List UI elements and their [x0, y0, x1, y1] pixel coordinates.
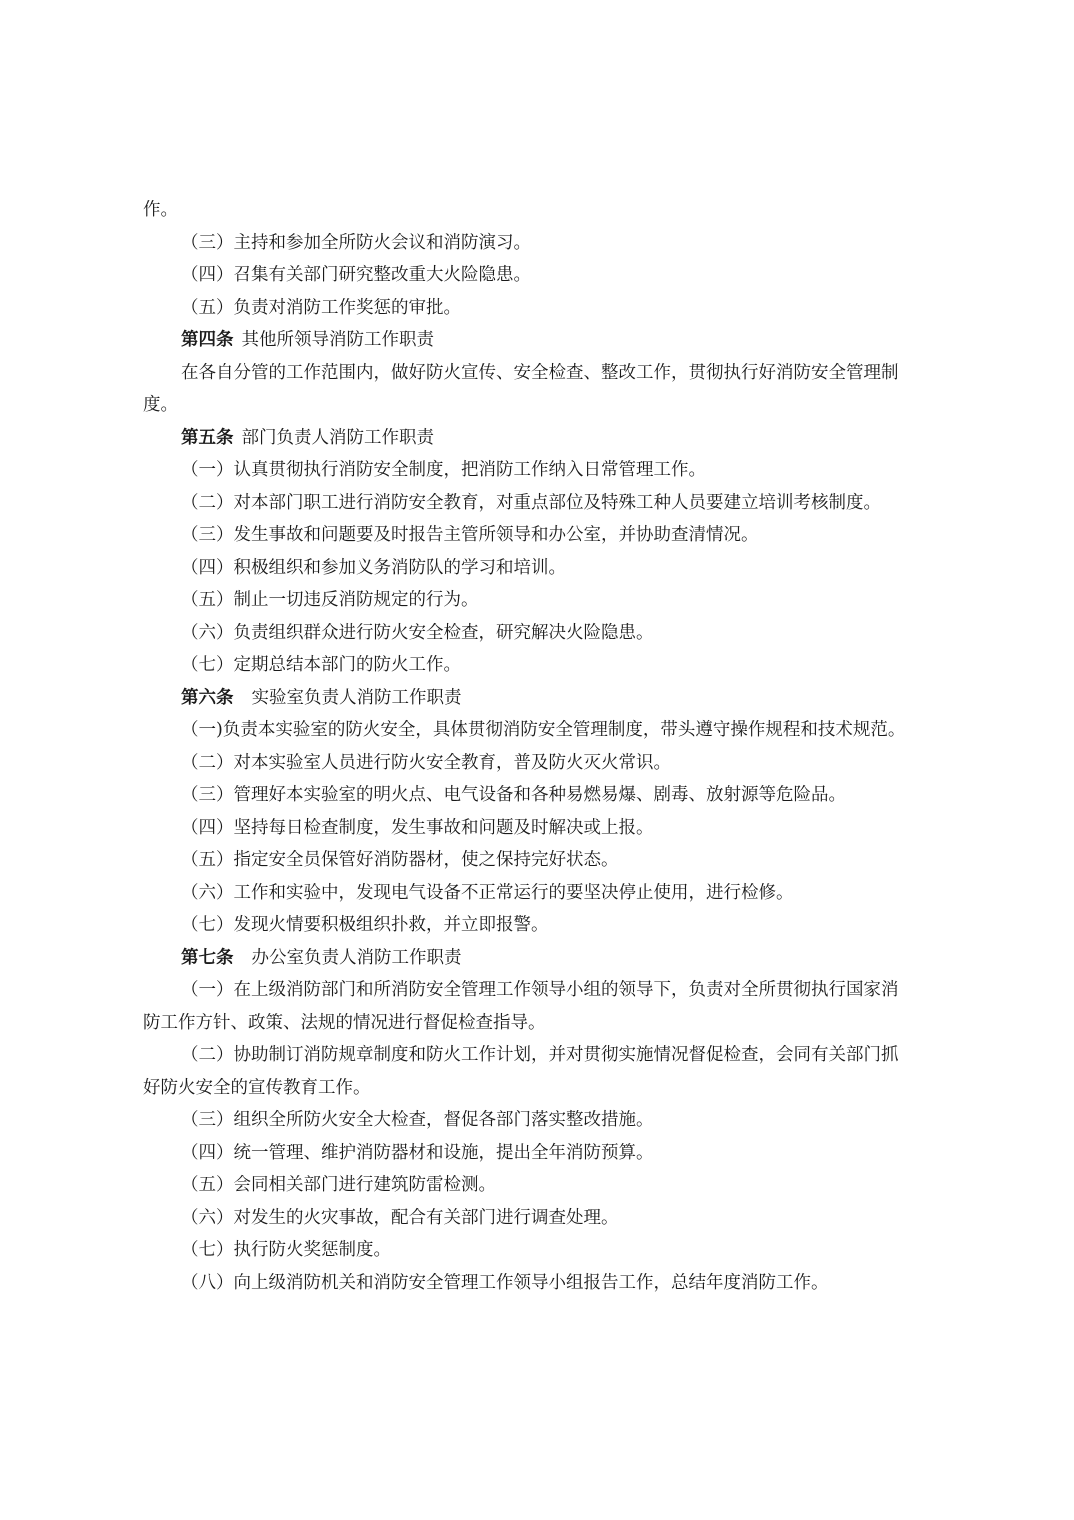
- article-title: 部门负责人消防工作职责: [242, 428, 435, 448]
- list-item: （七）定期总结本部门的防火工作。: [143, 649, 943, 682]
- list-item: （一）在上级消防部门和所消防安全管理工作领导小组的领导下，负责对全所贯彻执行国家…: [143, 974, 943, 1007]
- list-item-continuation: 防工作方针、政策、法规的情况进行督促检查指导。: [143, 1007, 943, 1040]
- list-item-continuation: 好防火安全的宣传教育工作。: [143, 1072, 943, 1105]
- list-item: （二）对本实验室人员进行防火安全教育，普及防火灭火常识。: [143, 747, 943, 780]
- article-number: 第五条: [181, 428, 234, 448]
- list-item: （四）坚持每日检查制度，发生事故和问题及时解决或上报。: [143, 812, 943, 845]
- list-item: （六）工作和实验中，发现电气设备不正常运行的要坚决停止使用，进行检修。: [143, 877, 943, 910]
- list-item: （三）组织全所防火安全大检查，督促各部门落实整改措施。: [143, 1104, 943, 1137]
- list-item: （一)负责本实验室的防火安全，具体贯彻消防安全管理制度，带头遵守操作规程和技术规…: [143, 714, 943, 747]
- list-item: （八）向上级消防机关和消防安全管理工作领导小组报告工作，总结年度消防工作。: [143, 1267, 943, 1300]
- list-item: （四）召集有关部门研究整改重大火险隐患。: [143, 259, 943, 292]
- article-heading-5: 第五条部门负责人消防工作职责: [143, 422, 943, 455]
- list-item: （二）协助制订消防规章制度和防火工作计划，并对贯彻实施情况督促检查，会同有关部门…: [143, 1039, 943, 1072]
- list-item: （一）认真贯彻执行消防安全制度，把消防工作纳入日常管理工作。: [143, 454, 943, 487]
- list-item: （五）会同相关部门进行建筑防雷检测。: [143, 1169, 943, 1202]
- list-item: （六）对发生的火灾事故，配合有关部门进行调查处理。: [143, 1202, 943, 1235]
- list-item: （七）发现火情要积极组织扑救，并立即报警。: [143, 909, 943, 942]
- paragraph-line: 在各自分管的工作范围内，做好防火宣传、安全检查、整改工作，贯彻执行好消防安全管理…: [143, 357, 943, 390]
- list-item: （四）统一管理、维护消防器材和设施，提出全年消防预算。: [143, 1137, 943, 1170]
- list-item: （二）对本部门职工进行消防安全教育，对重点部位及特殊工种人员要建立培训考核制度。: [143, 487, 943, 520]
- article-title: 其他所领导消防工作职责: [242, 330, 435, 350]
- list-item: （五）指定安全员保管好消防器材，使之保持完好状态。: [143, 844, 943, 877]
- list-item: （六）负责组织群众进行防火安全检查，研究解决火险隐患。: [143, 617, 943, 650]
- list-item: （四）积极组织和参加义务消防队的学习和培训。: [143, 552, 943, 585]
- article-heading-4: 第四条其他所领导消防工作职责: [143, 324, 943, 357]
- article-number: 第六条: [181, 688, 234, 708]
- list-item: （五）负责对消防工作奖惩的审批。: [143, 292, 943, 325]
- paragraph-line: 度。: [143, 389, 943, 422]
- list-item: （七）执行防火奖惩制度。: [143, 1234, 943, 1267]
- continuation-line: 作。: [143, 194, 943, 227]
- article-title: 办公室负责人消防工作职责: [252, 948, 462, 968]
- document-page: 作。 （三）主持和参加全所防火会议和消防演习。 （四）召集有关部门研究整改重大火…: [143, 194, 943, 1299]
- article-number: 第四条: [181, 330, 234, 350]
- article-heading-7: 第七条办公室负责人消防工作职责: [143, 942, 943, 975]
- list-item: （三）管理好本实验室的明火点、电气设备和各种易燃易爆、剧毒、放射源等危险品。: [143, 779, 943, 812]
- list-item: （三）发生事故和问题要及时报告主管所领导和办公室，并协助查清情况。: [143, 519, 943, 552]
- article-heading-6: 第六条实验室负责人消防工作职责: [143, 682, 943, 715]
- list-item: （三）主持和参加全所防火会议和消防演习。: [143, 227, 943, 260]
- article-number: 第七条: [181, 948, 234, 968]
- article-title: 实验室负责人消防工作职责: [252, 688, 462, 708]
- list-item: （五）制止一切违反消防规定的行为。: [143, 584, 943, 617]
